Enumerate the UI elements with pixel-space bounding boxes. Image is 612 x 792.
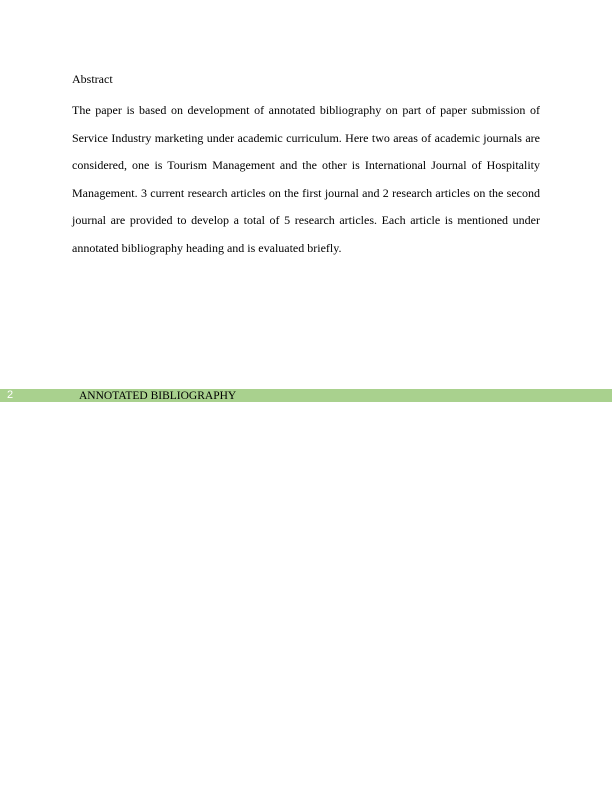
page-number: 2 [7,389,13,402]
abstract-heading: Abstract [72,71,113,87]
abstract-body: The paper is based on development of ann… [72,97,540,263]
page-header-band: 2 ANNOTATED BIBLIOGRAPHY [0,389,612,402]
document-page: Abstract The paper is based on developme… [0,0,612,792]
running-head: ANNOTATED BIBLIOGRAPHY [79,389,236,403]
